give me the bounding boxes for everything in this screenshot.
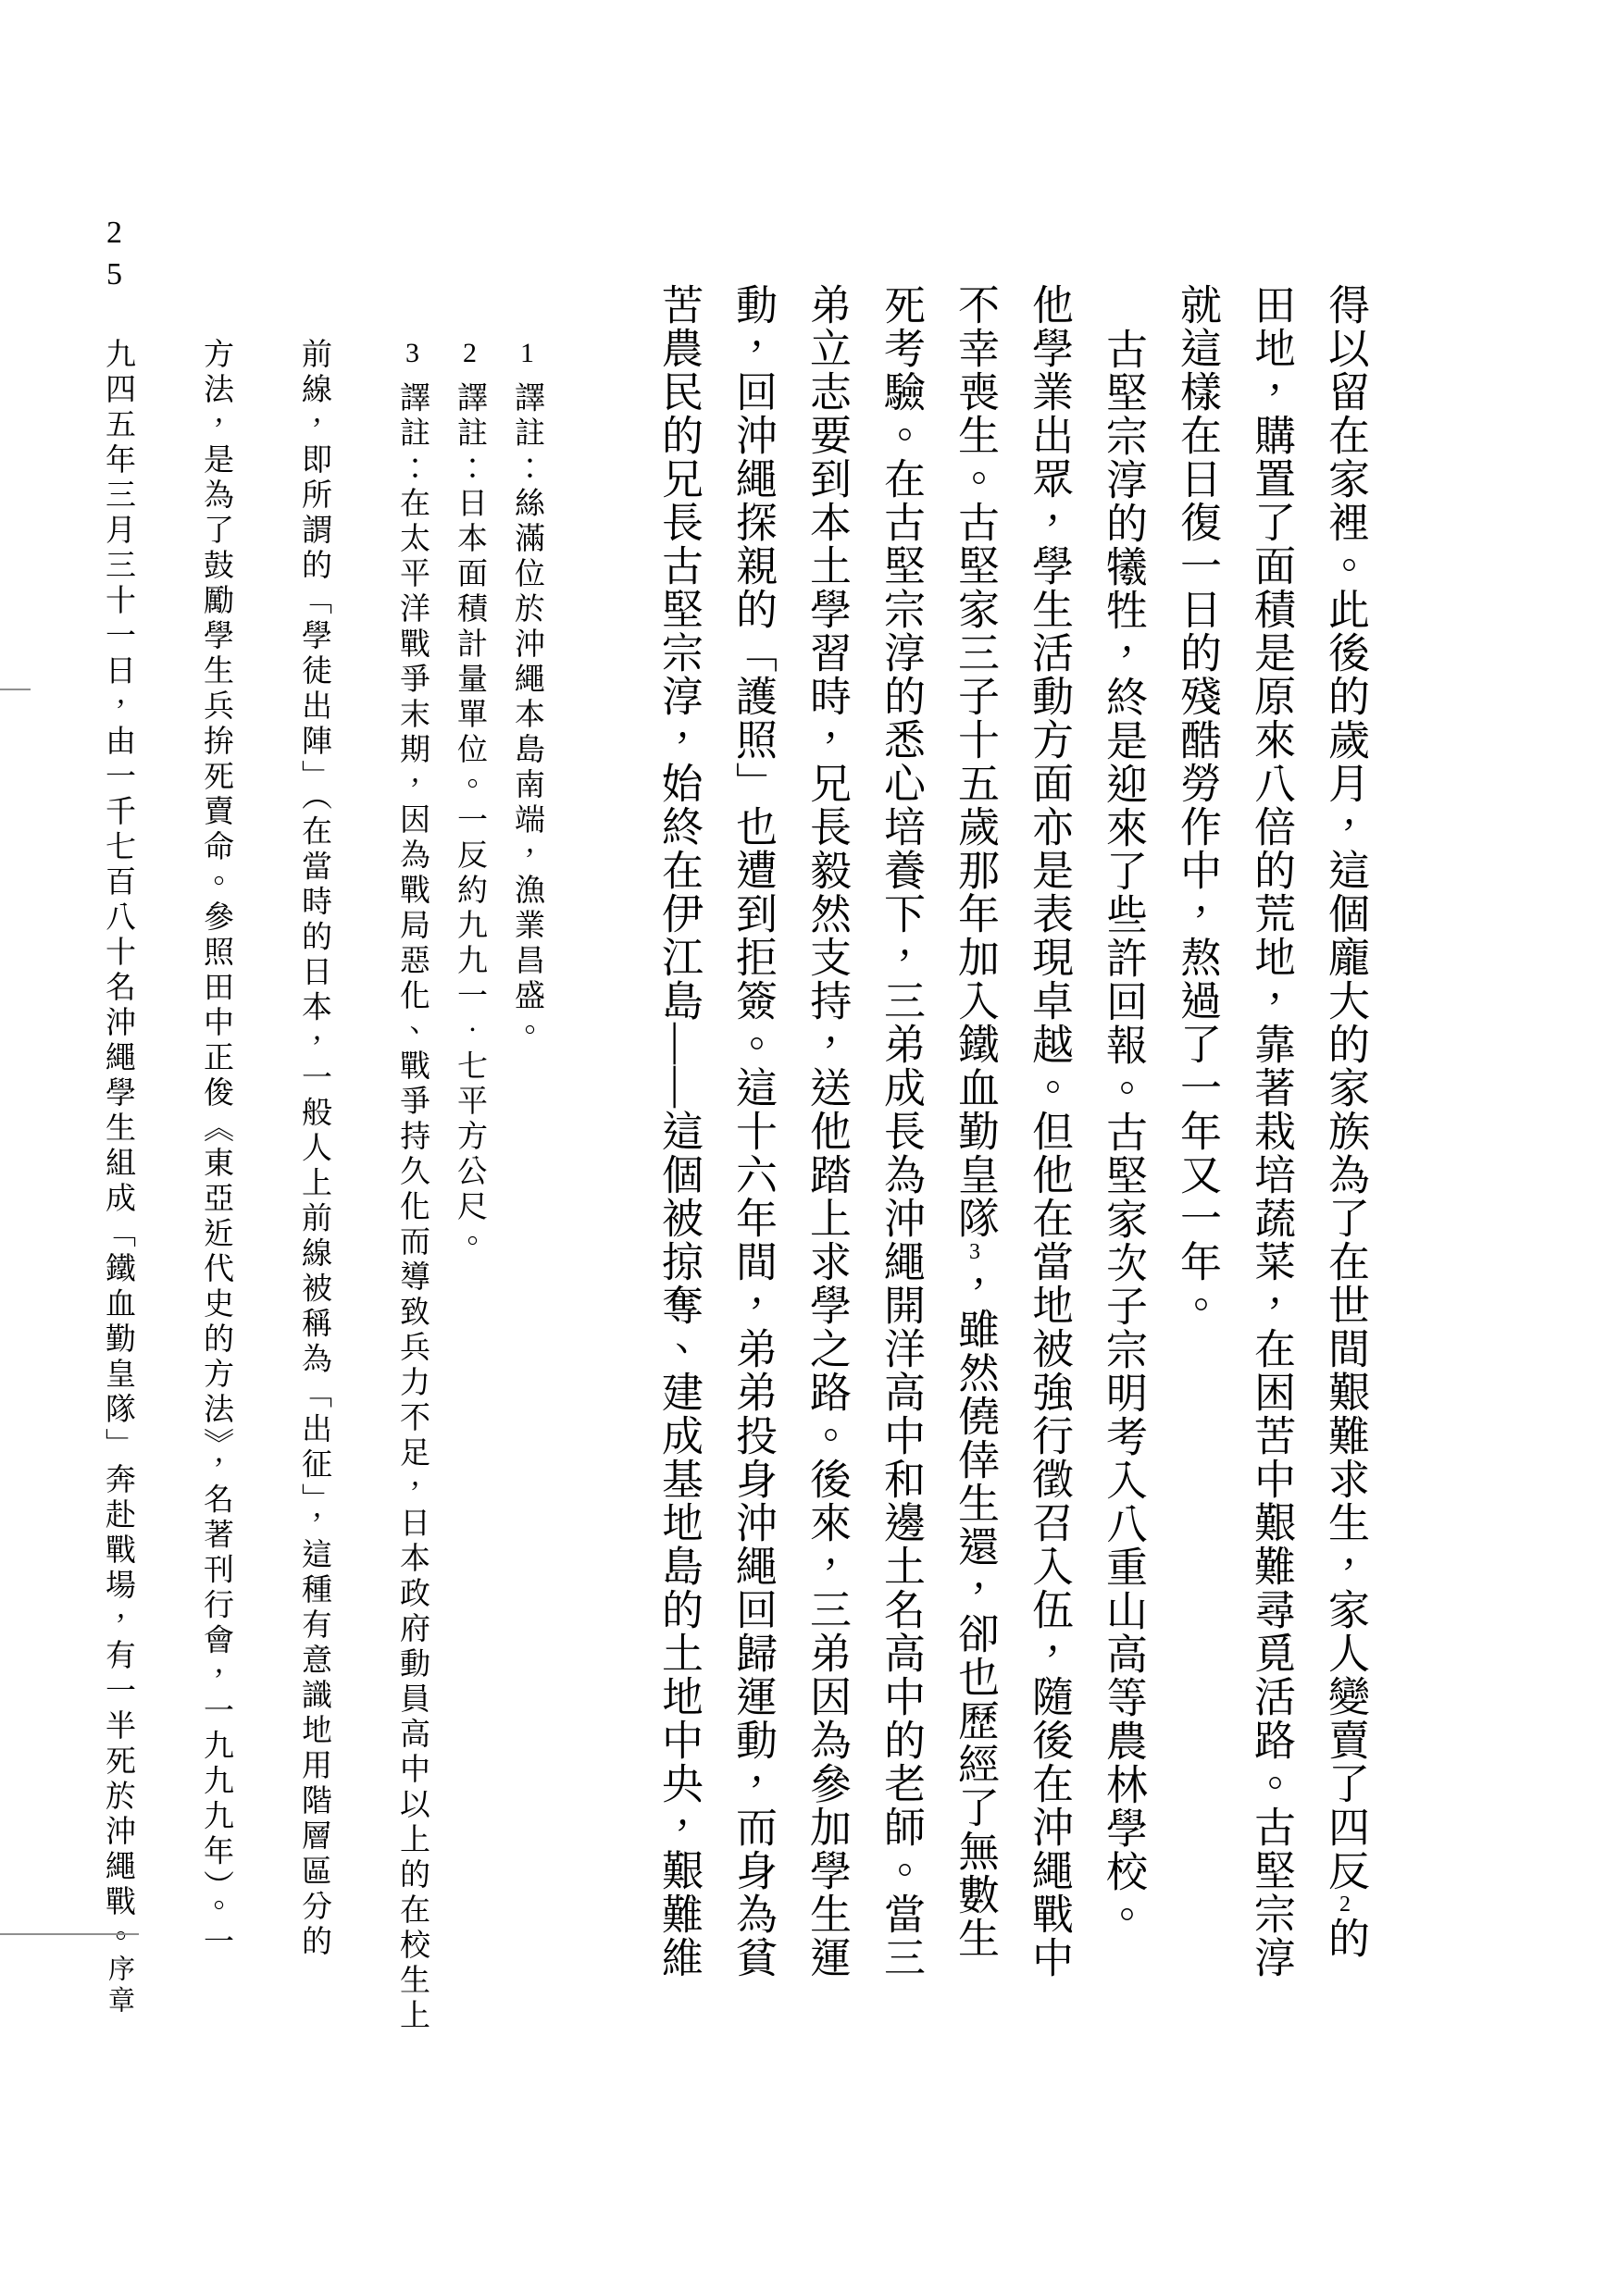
footnote-number: 1 xyxy=(512,338,542,368)
footnote-continuation-column: 前線，即所謂的「學徒出陣」（在當時的日本，一般人上前線被稱為「出征」，這種有意識… xyxy=(285,338,383,2198)
text-column: 古堅宗淳的犧牲，終是迎來了些許回報。古堅家次子宗明考入八重山高等農林學校。 xyxy=(1086,283,1160,2042)
text-column: 苦農民的兄長古堅宗淳，始終在伊江島——這個被掠奪、建成基地島的土地中央，艱難維 xyxy=(641,283,716,2042)
page-number: 25 xyxy=(96,216,131,299)
main-text-block: 得以留在家裡。此後的歲月，這個龐大的家族為了在世間艱難求生，家人變賣了四反2的田… xyxy=(641,283,1382,2042)
footnote-number: 3 xyxy=(397,338,428,368)
footnote-first-column: 3譯註：在太平洋戰爭末期，因為戰局惡化、戰爭持久化而導致兵力不足，日本政府動員高… xyxy=(383,338,441,2198)
chapter-marker: 序章 xyxy=(101,1955,139,2017)
text-column: 他學業出眾，學生活動方面亦是表現卓越。但他在當地被強行徵召入伍，隨後在沖繩戰中 xyxy=(1012,283,1086,2042)
footnotes-block: 1譯註：絲滿位於沖繩本島南端，漁業昌盛。2譯註：日本面積計量單位。一反約九九一．… xyxy=(89,338,555,2198)
footnote-number: 2 xyxy=(455,338,485,368)
margin-rule-bottom xyxy=(0,1933,139,1935)
text-column: 死考驗。在古堅宗淳的悉心培養下，三弟成長為沖繩開洋高中和邊土名高中的老師。當三 xyxy=(864,283,938,2042)
text-column: 得以留在家裡。此後的歲月，這個龐大的家族為了在世間艱難求生，家人變賣了四反2的 xyxy=(1308,283,1382,2042)
footnote-continuation-column: 方法，是為了鼓勵學生兵拚死賣命。參照田中正俊《東亞近代史的方法》，名著刊行會，一… xyxy=(187,338,285,2198)
footnote-first-column: 2譯註：日本面積計量單位。一反約九九一．七平方公尺。 xyxy=(441,338,498,2198)
text-column: 不幸喪生。古堅家三子十五歲那年加入鐵血勤皇隊3，雖然僥倖生還，卻也歷經了無數生 xyxy=(938,283,1012,2042)
footnote-ref-superscript: 2 xyxy=(1333,1893,1357,1917)
footnote-continuation-column: 九四五年三月三十一日，由一千七百八十名沖繩學生組成「鐵血勤皇隊」奔赴戰場，有一半… xyxy=(89,338,187,2198)
text-column: 動，回沖繩探親的「護照」也遭到拒簽。這十六年間，弟弟投身沖繩回歸運動，而身為貧 xyxy=(716,283,790,2042)
text-column: 田地，購置了面積是原來八倍的荒地，靠著栽培蔬菜，在困苦中艱難尋覓活路。古堅宗淳 xyxy=(1234,283,1308,2042)
footnote-ref-superscript: 3 xyxy=(963,1240,987,1264)
book-page: 25 得以留在家裡。此後的歲月，這個龐大的家族為了在世間艱難求生，家人變賣了四反… xyxy=(0,0,1619,2296)
footnote-first-column: 1譯註：絲滿位於沖繩本島南端，漁業昌盛。 xyxy=(498,338,555,2198)
text-column: 弟立志要到本土學習時，兄長毅然支持，送他踏上求學之路。後來，三弟因為參加學生運 xyxy=(790,283,864,2042)
margin-rule-top xyxy=(0,689,31,690)
text-column: 就這樣在日復一日的殘酷勞作中，熬過了一年又一年。 xyxy=(1160,283,1234,2042)
